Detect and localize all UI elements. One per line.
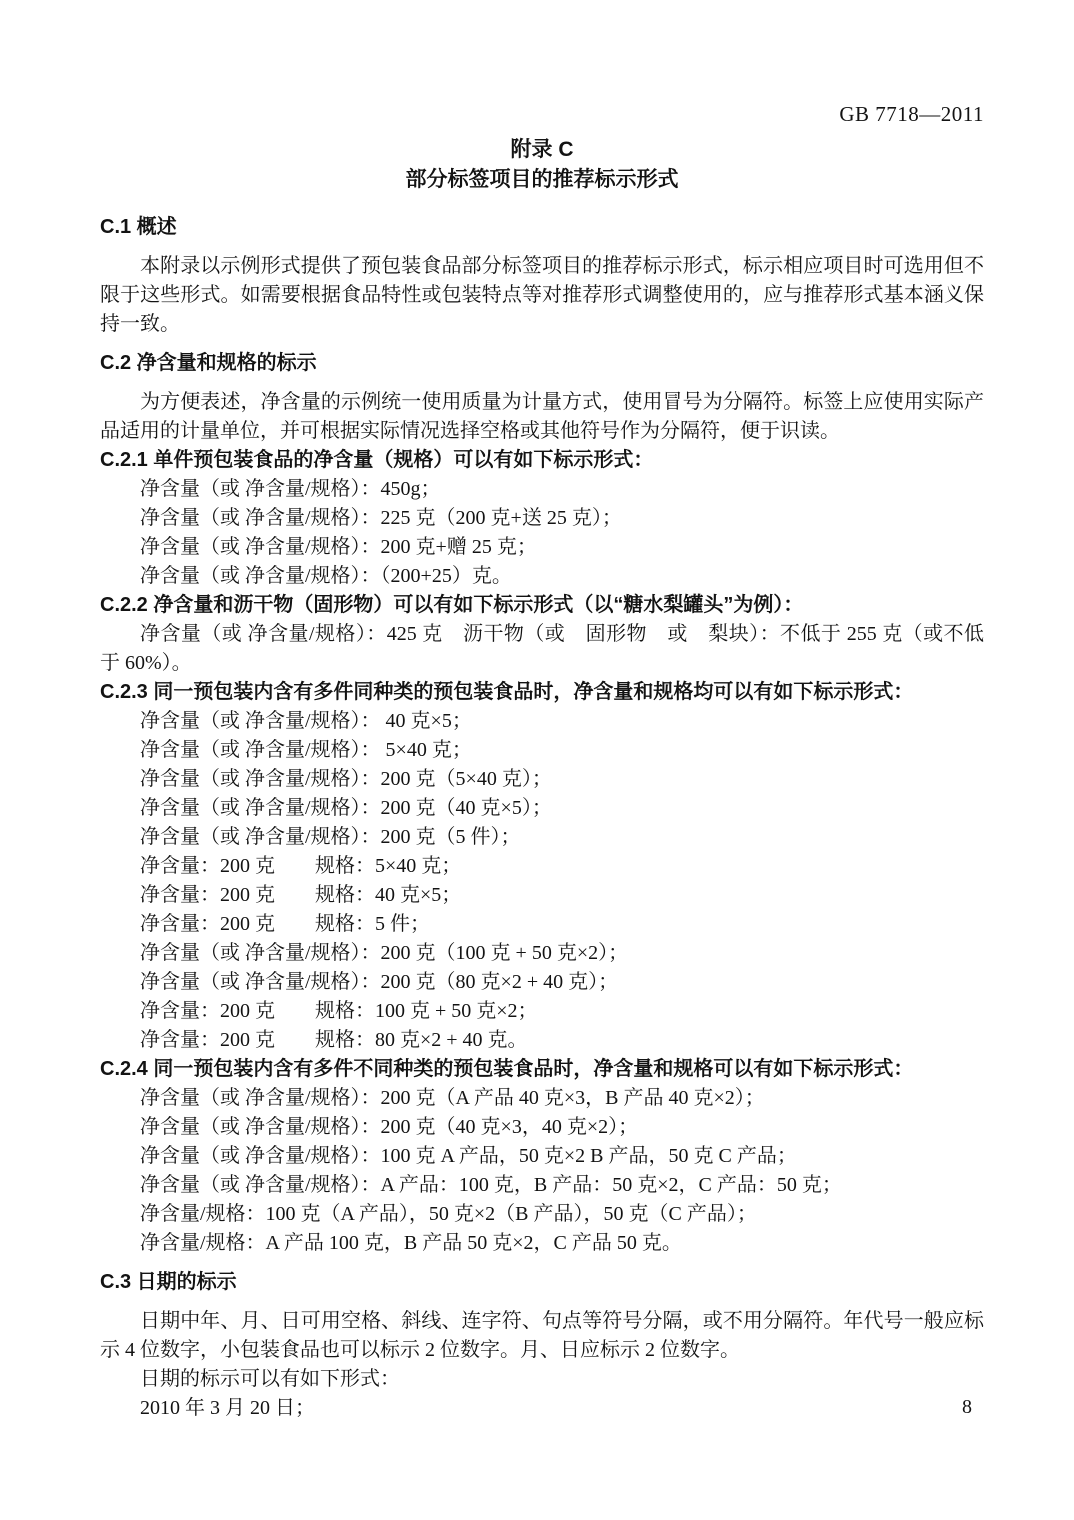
example-line: 净含量（或 净含量/规格）：100 克 A 产品，50 克×2 B 产品，50 … <box>100 1142 984 1171</box>
paragraph: 为方便表述，净含量的示例统一使用质量为计量方式，使用冒号为分隔符。标签上应使用实… <box>100 388 984 446</box>
paragraph: 日期的标示可以有如下形式： <box>100 1365 984 1394</box>
example-line: 净含量（或 净含量/规格）：200 克（80 克×2 + 40 克）； <box>100 968 984 997</box>
clause-heading: C.2.2 净含量和沥干物（固形物）可以有如下标示形式（以“糖水梨罐头”为例）： <box>100 591 984 620</box>
example-line: 净含量：200 克 规格：5 件； <box>100 910 984 939</box>
example-line: 净含量（或 净含量/规格）：200 克（5 件）； <box>100 823 984 852</box>
clause-heading: C.2.3 同一预包装内含有多件同种类的预包装食品时，净含量和规格均可以有如下标… <box>100 678 984 707</box>
paragraph: 本附录以示例形式提供了预包装食品部分标签项目的推荐标示形式，标示相应项目时可选用… <box>100 252 984 339</box>
appendix-label: 附录 C <box>100 135 984 165</box>
example-line: 2010 年 3 月 20 日； <box>100 1394 984 1423</box>
doc-number: GB 7718—2011 <box>100 100 984 129</box>
example-line: 净含量（或 净含量/规格）：200 克（40 克×3，40 克×2）； <box>100 1113 984 1142</box>
example-line: 净含量（或 净含量/规格）：200 克（100 克 + 50 克×2）； <box>100 939 984 968</box>
example-line: 净含量（或 净含量/规格）：（200+25）克。 <box>100 562 984 591</box>
section-heading: C.2 净含量和规格的标示 <box>100 349 984 378</box>
example-line: 净含量（或 净含量/规格）：225 克（200 克+送 25 克）； <box>100 504 984 533</box>
example-line: 净含量：200 克 规格：80 克×2 + 40 克。 <box>100 1026 984 1055</box>
document-page: GB 7718—2011 附录 C 部分标签项目的推荐标示形式 C.1 概述本附… <box>0 0 1074 1520</box>
example-line: 净含量（或 净含量/规格）： 5×40 克； <box>100 736 984 765</box>
paragraph: 日期中年、月、日可用空格、斜线、连字符、句点等符号分隔，或不用分隔符。年代号一般… <box>100 1307 984 1365</box>
page-number: 8 <box>962 1393 972 1422</box>
example-line: 净含量：200 克 规格：40 克×5； <box>100 881 984 910</box>
appendix-title: 部分标签项目的推荐标示形式 <box>100 165 984 195</box>
clause-heading: C.2.4 同一预包装内含有多件不同种类的预包装食品时，净含量和规格可以有如下标… <box>100 1055 984 1084</box>
clause-heading: C.2.1 单件预包装食品的净含量（规格）可以有如下标示形式： <box>100 446 984 475</box>
example-line: 净含量（或 净含量/规格）：A 产品：100 克，B 产品：50 克×2，C 产… <box>100 1171 984 1200</box>
example-line: 净含量（或 净含量/规格）： 40 克×5； <box>100 707 984 736</box>
example-line: 净含量：200 克 规格：5×40 克； <box>100 852 984 881</box>
section-heading: C.3 日期的标示 <box>100 1268 984 1297</box>
example-line: 净含量（或 净含量/规格）：425 克 沥干物（或 固形物 或 梨块）：不低于 … <box>100 620 984 678</box>
example-line: 净含量（或 净含量/规格）：450g； <box>100 475 984 504</box>
example-line: 净含量（或 净含量/规格）：200 克（5×40 克）； <box>100 765 984 794</box>
section-heading: C.1 概述 <box>100 213 984 242</box>
example-line: 净含量/规格：A 产品 100 克，B 产品 50 克×2，C 产品 50 克。 <box>100 1229 984 1258</box>
example-line: 净含量（或 净含量/规格）：200 克（A 产品 40 克×3，B 产品 40 … <box>100 1084 984 1113</box>
example-line: 净含量/规格：100 克（A 产品），50 克×2（B 产品），50 克（C 产… <box>100 1200 984 1229</box>
example-line: 净含量：200 克 规格：100 克 + 50 克×2； <box>100 997 984 1026</box>
example-line: 净含量（或 净含量/规格）：200 克+赠 25 克； <box>100 533 984 562</box>
example-line: 净含量（或 净含量/规格）：200 克（40 克×5）； <box>100 794 984 823</box>
document-body: C.1 概述本附录以示例形式提供了预包装食品部分标签项目的推荐标示形式，标示相应… <box>100 213 984 1423</box>
